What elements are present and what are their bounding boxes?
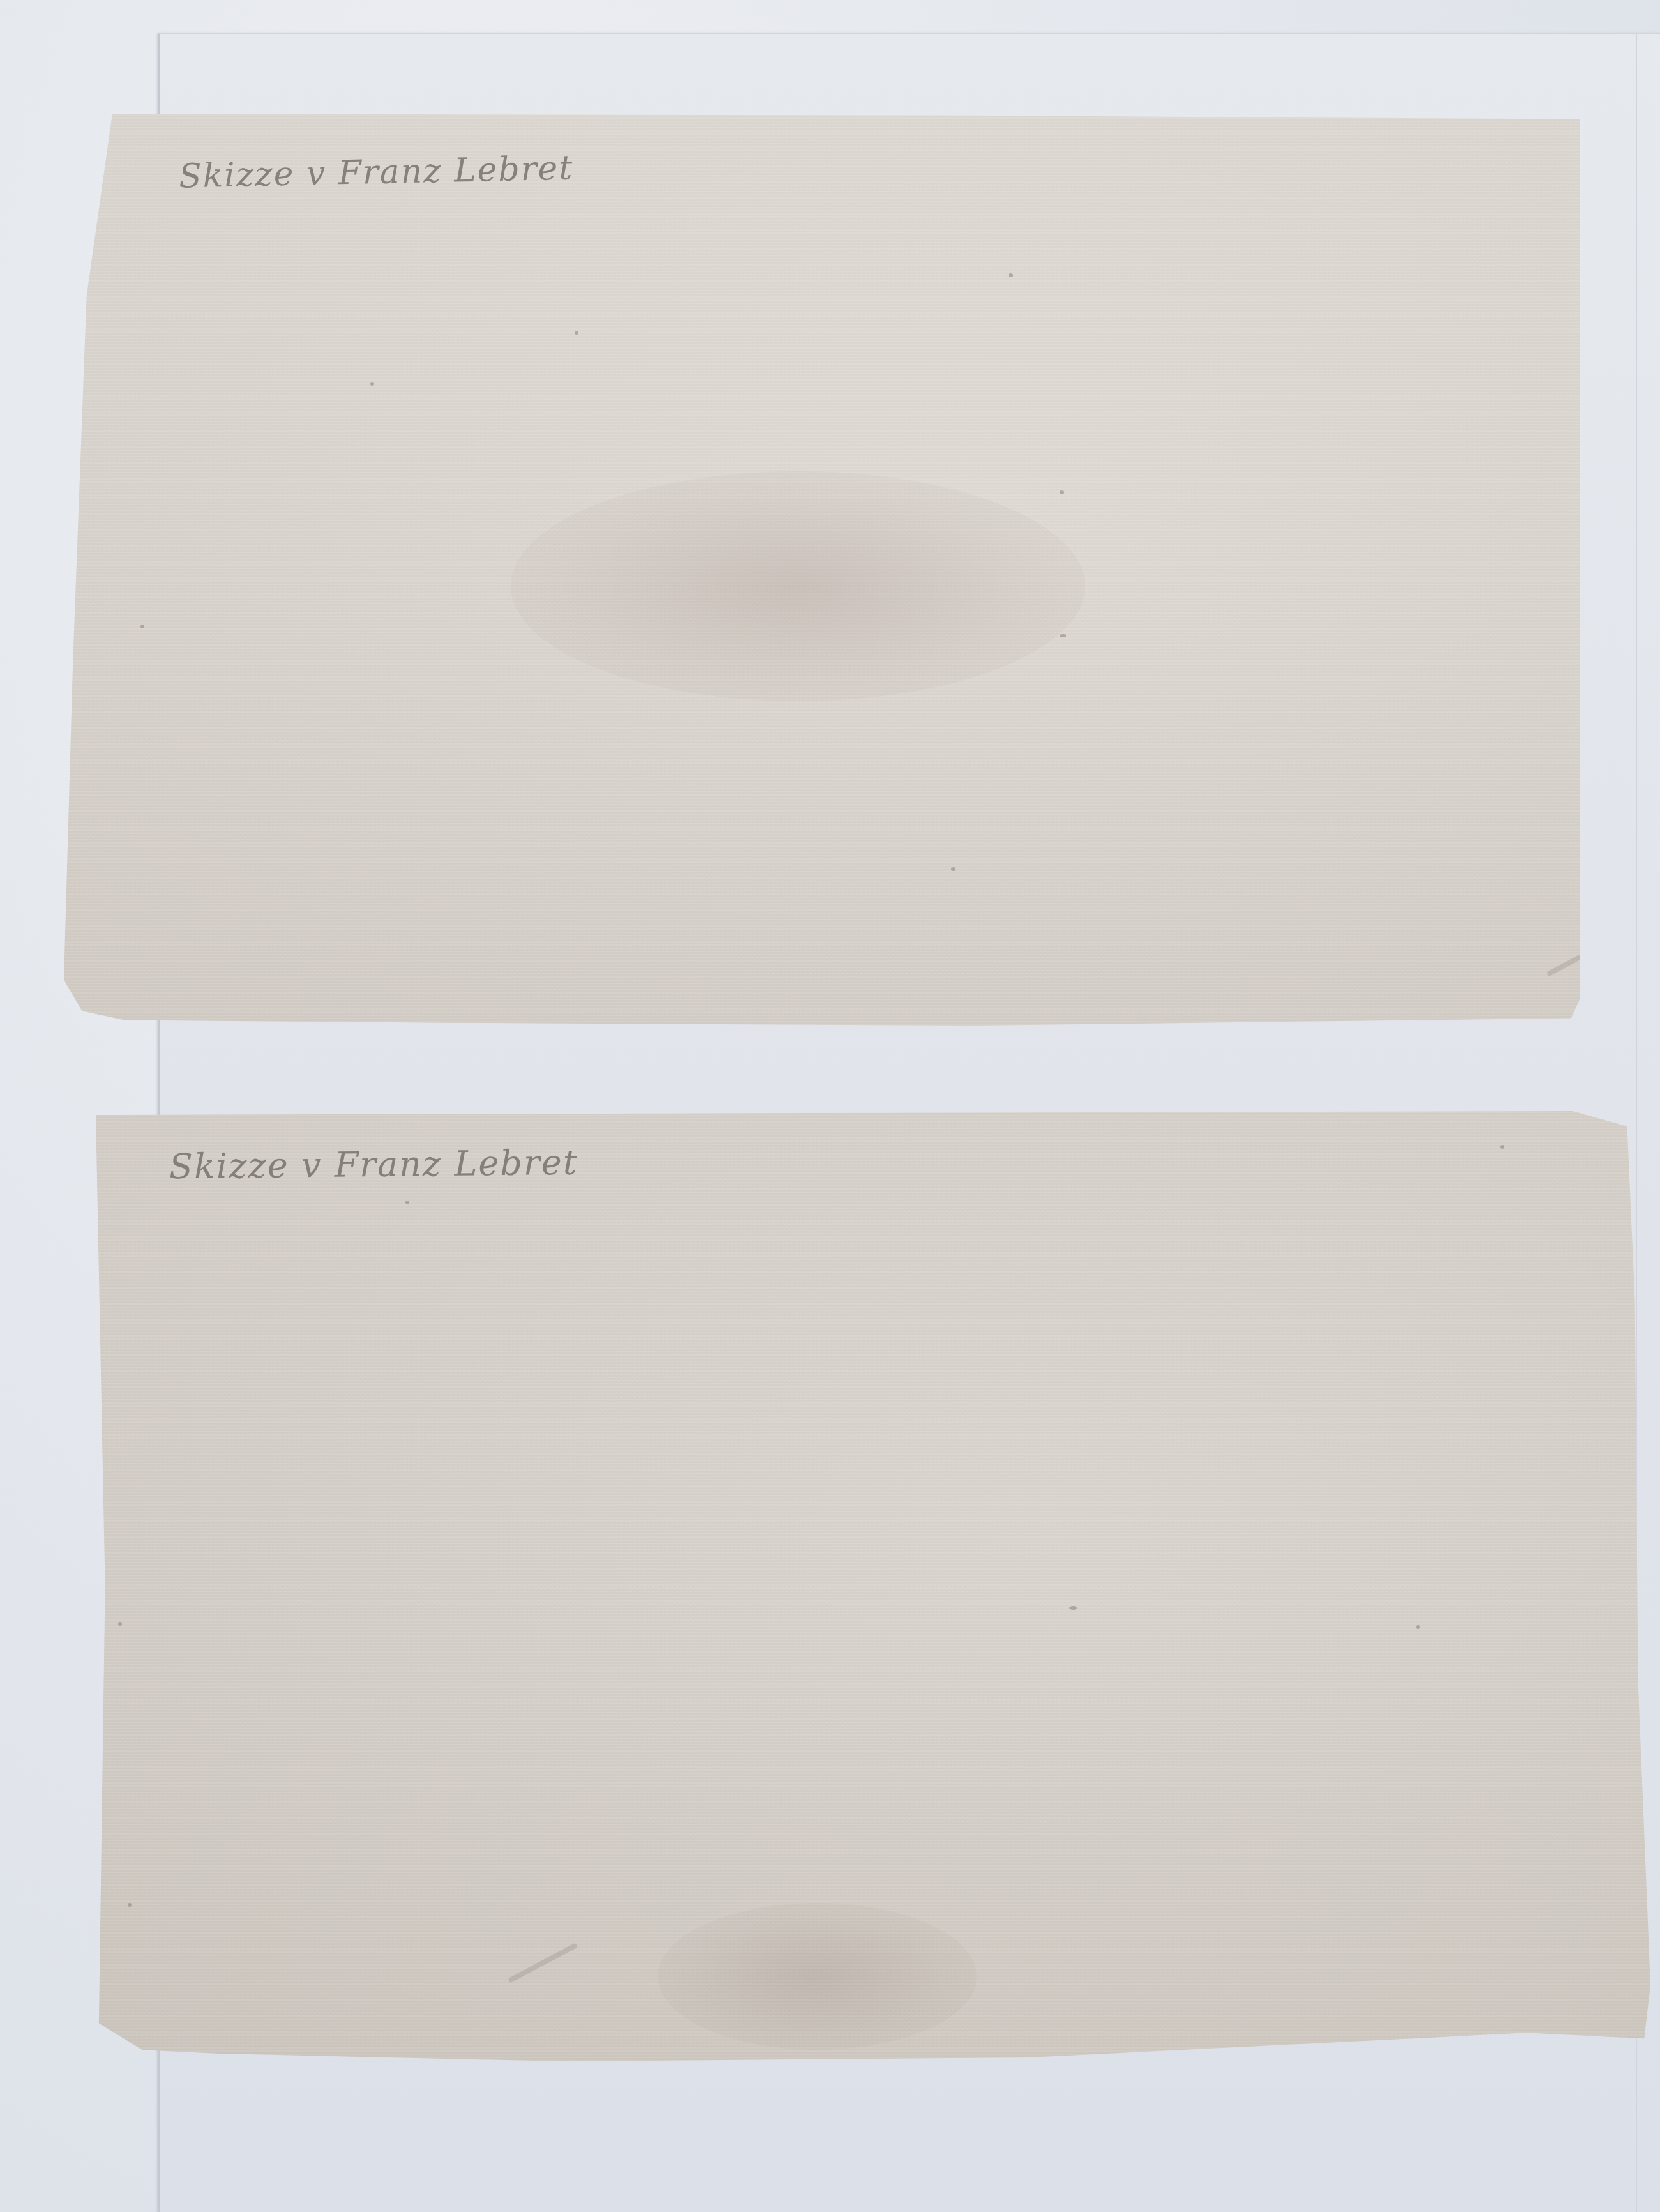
paper-speck: [1500, 1145, 1504, 1149]
pencil-inscription: Skizze v Franz Lebret: [178, 149, 573, 196]
paper-speck: [951, 867, 955, 871]
paper-speck: [1416, 1625, 1420, 1629]
paper-speck: [1060, 490, 1064, 494]
paper-speck: [370, 382, 374, 386]
paper-speck: [1060, 634, 1066, 637]
paper-sheet-top: Skizze v Franz Lebret: [64, 114, 1580, 1026]
paper-stain: [511, 471, 1085, 701]
paper-mark: [1546, 954, 1583, 976]
paper-mark: [508, 1943, 578, 1983]
paper-stain: [658, 1903, 977, 2050]
paper-speck: [405, 1201, 409, 1204]
pencil-inscription: Skizze v Franz Lebret: [169, 1142, 578, 1187]
paper-speck: [128, 1903, 132, 1907]
paper-speck: [140, 625, 144, 628]
paper-speck: [1009, 273, 1013, 277]
paper-speck: [1069, 1606, 1077, 1610]
paper-sheet-bottom: Skizze v Franz Lebret: [96, 1111, 1650, 2061]
paper-speck: [118, 1622, 122, 1626]
paper-speck: [575, 331, 578, 335]
